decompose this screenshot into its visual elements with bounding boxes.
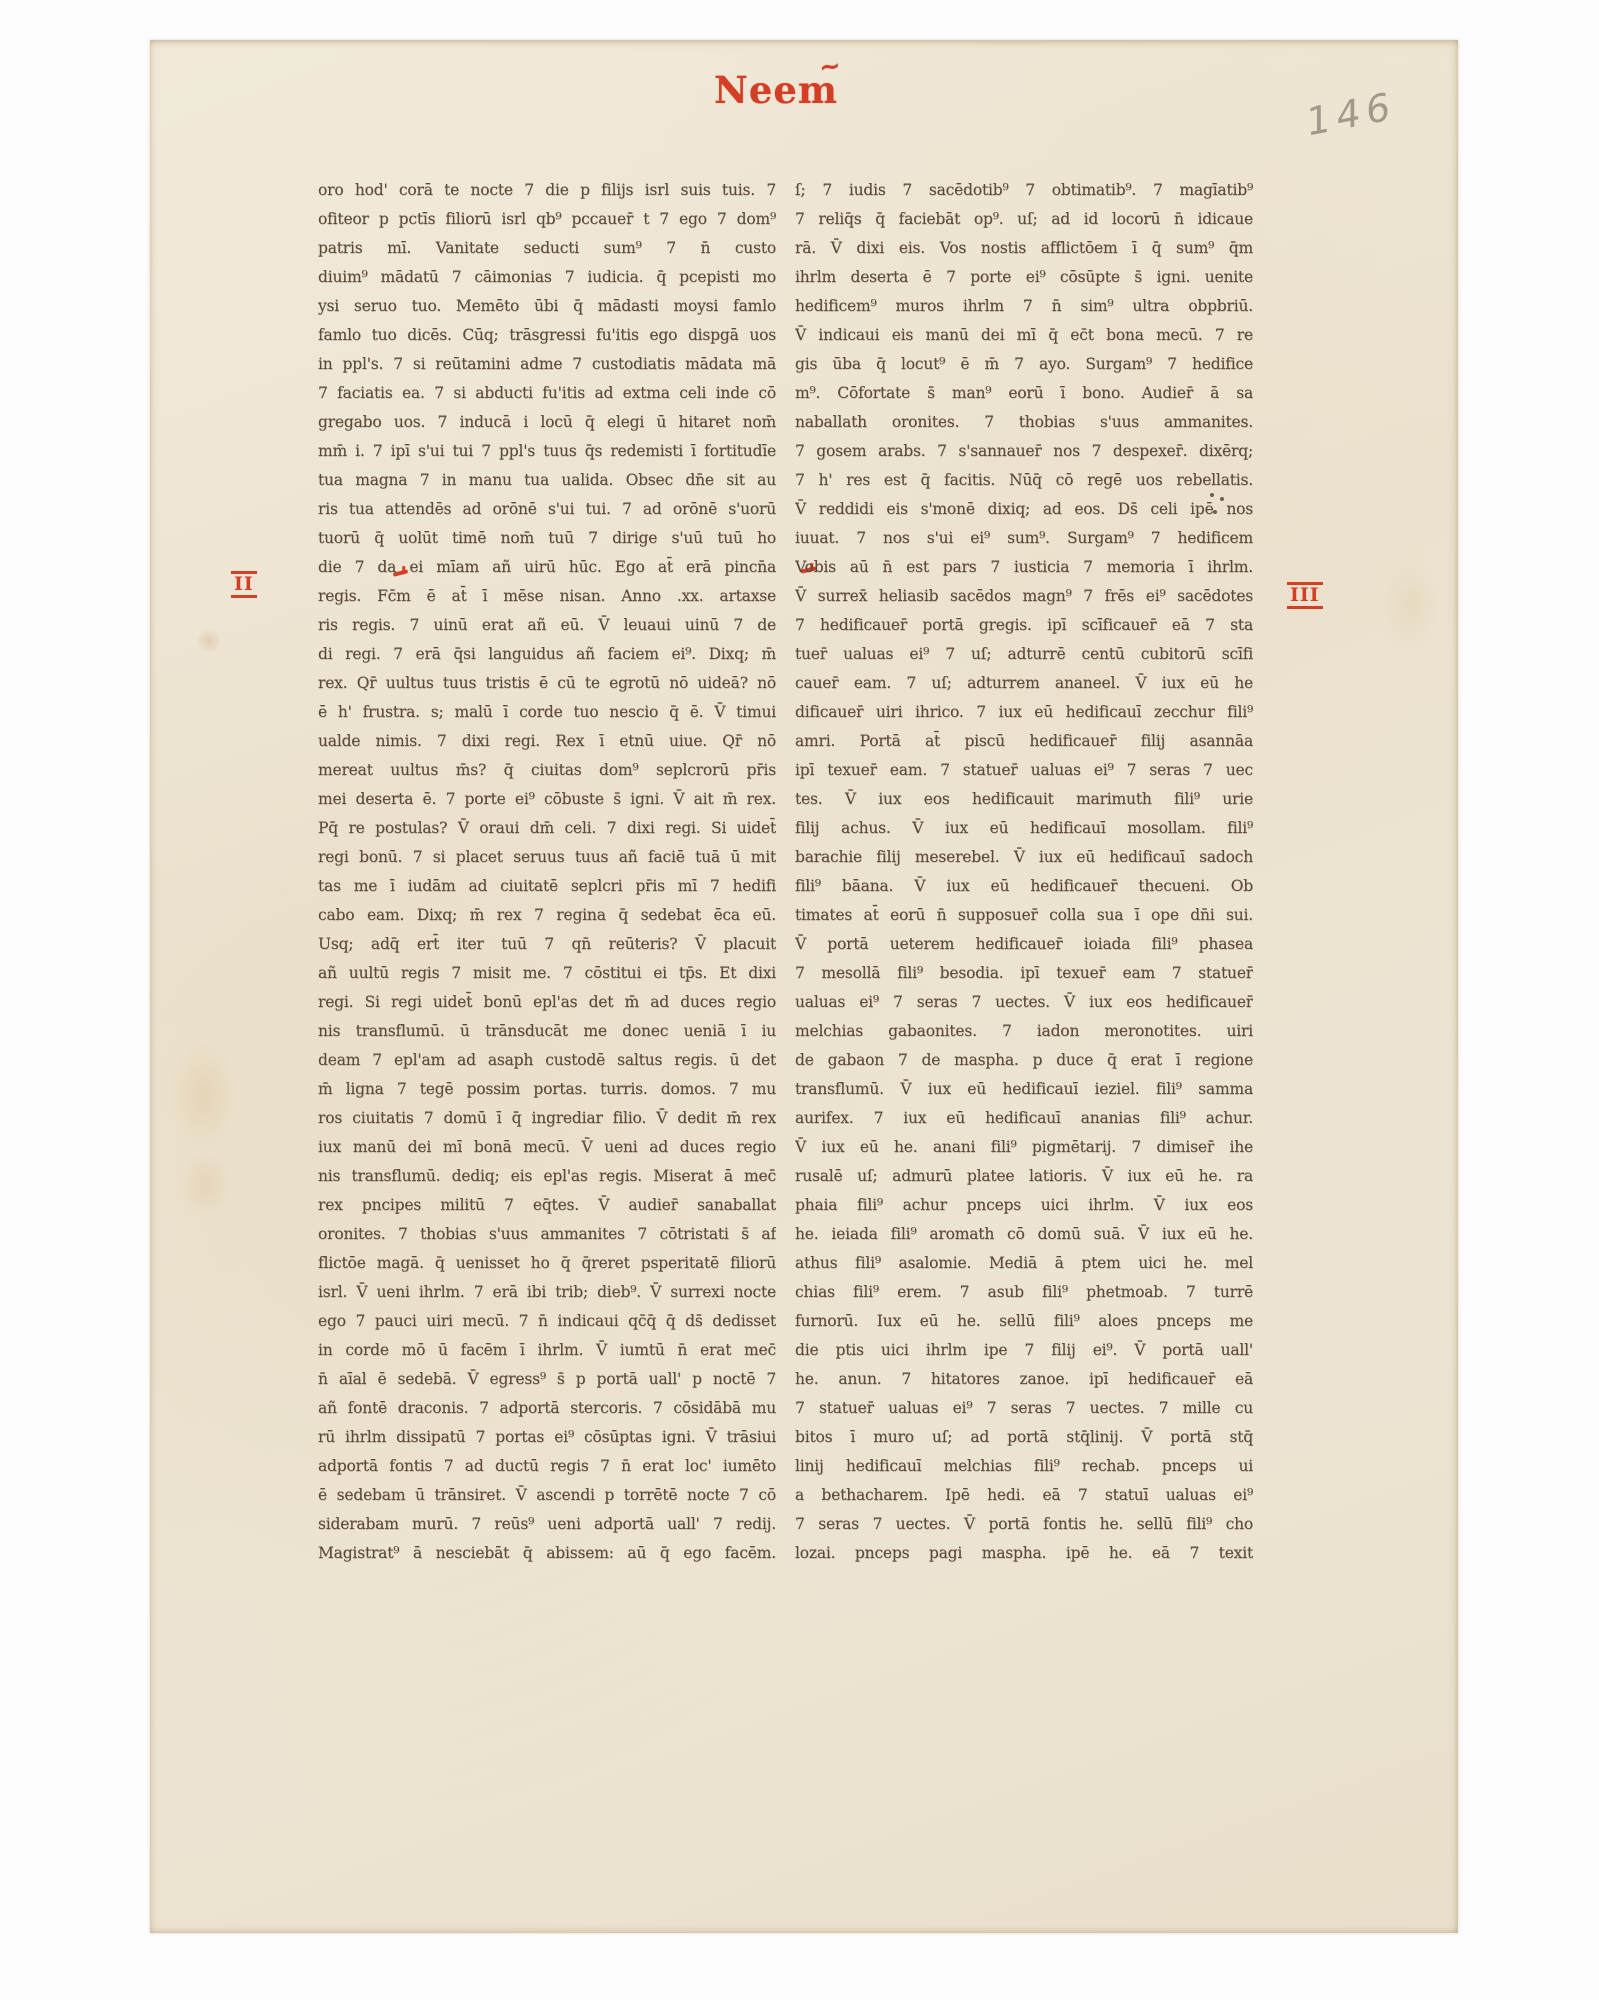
manuscript-line: tuorū q̄ uolūt timē nom̄ tuū 7 dirige s'… bbox=[318, 524, 776, 553]
manuscript-line: cauer̄ eam. 7 uſ; adturrem ananeel. V̄ i… bbox=[795, 669, 1253, 698]
manuscript-line: nis transflumū. dediq; eis epl'as regis.… bbox=[318, 1162, 776, 1191]
text-column-left: oro hod' corā te nocte 7 die p filijs is… bbox=[318, 176, 776, 1568]
manuscript-line: gregabo uos. 7 inducā i locū q̄ elegi ū … bbox=[318, 408, 776, 437]
manuscript-line: regis. Fc̄m ē at̄ ī mēse nisan. Anno .xx… bbox=[318, 582, 776, 611]
manuscript-line: ualuas ei⁹ 7 seras 7 uectes. V̄ iux eos … bbox=[795, 988, 1253, 1017]
manuscript-line: isrl. V̄ ueni ihrlm. 7 erā ibi trib; die… bbox=[318, 1278, 776, 1307]
manuscript-line: lozai. pnceps pagi maspha. ipē he. eā 7 … bbox=[795, 1539, 1253, 1568]
manuscript-line: he. ieiada fili⁹ aromath cō domū suā. V̄… bbox=[795, 1220, 1253, 1249]
manuscript-line: 7 faciatis ea. 7 si abducti fu'itis ad e… bbox=[318, 379, 776, 408]
manuscript-line: barachie filij meserebel. V̄ iux eū hedi… bbox=[795, 843, 1253, 872]
manuscript-line: 7 mesollā fili⁹ besodia. ipī texuer̄ eam… bbox=[795, 959, 1253, 988]
chapter-numeral-ii: II bbox=[231, 571, 257, 598]
manuscript-line: nis transflumū. ū trānsducāt me donec ue… bbox=[318, 1017, 776, 1046]
manuscript-line: melchias gabaonites. 7 iadon meronotites… bbox=[795, 1017, 1253, 1046]
manuscript-line: 7 seras 7 uectes. V̄ portā fontis he. se… bbox=[795, 1510, 1253, 1539]
manuscript-line: ſ; 7 iudis 7 sacēdotib⁹ 7 obtimatib⁹. 7 … bbox=[795, 176, 1253, 205]
manuscript-line: V̄ reddidi eis s'monē dixiq; ad eos. Ds̄… bbox=[795, 495, 1253, 524]
manuscript-line: oronites. 7 thobias s'uus ammanites 7 cō… bbox=[318, 1220, 776, 1249]
manuscript-line: tes. V̄ iux eos hedificauit marimuth fil… bbox=[795, 785, 1253, 814]
manuscript-line: ē sedebam ū trānsiret. V̄ ascendi p torr… bbox=[318, 1481, 776, 1510]
manuscript-line: ris regis. 7 uinū erat añ eū. V̄ leuaui … bbox=[318, 611, 776, 640]
manuscript-line: ego 7 pauci uiri mecū. 7 n̄ indicaui qc̄… bbox=[318, 1307, 776, 1336]
manuscript-line: fili⁹ bāana. V̄ iux eū hedificauer̄ thec… bbox=[795, 872, 1253, 901]
manuscript-line: tas me ī iudām ad ciuitatē seplcri pr̄is… bbox=[318, 872, 776, 901]
manuscript-line: hedificem⁹ muros ihrlm 7 n̄ sim⁹ ultra o… bbox=[795, 292, 1253, 321]
manuscript-line: rū ihrlm dissipatū 7 portas ei⁹ cōsūptas… bbox=[318, 1423, 776, 1452]
manuscript-line: famlo tuo dicēs. Cūq; trāsgressi fu'itis… bbox=[318, 321, 776, 350]
manuscript-line: rā. V̄ dixi eis. Vos nostis afflictōem ī… bbox=[795, 234, 1253, 263]
manuscript-line: 7 gosem arabs. 7 s'sannauer̄ nos 7 despe… bbox=[795, 437, 1253, 466]
manuscript-line: naballath oronites. 7 thobias s'uus amma… bbox=[795, 408, 1253, 437]
manuscript-line: mm̄ i. 7 ipī s'ui tui 7 ppl's tuus q̄s r… bbox=[318, 437, 776, 466]
manuscript-line: 7 h' res est q̄ facitis. Nūq̄ cō regē uo… bbox=[795, 466, 1253, 495]
manuscript-line: de gabaon 7 de maspha. p duce q̄ erat ī … bbox=[795, 1046, 1253, 1075]
manuscript-line: die 7 da ei mīam añ uirū hūc. Ego at̄ er… bbox=[318, 553, 776, 582]
manuscript-line: ualde nimis. 7 dixi regi. Rex ī etnū uiu… bbox=[318, 727, 776, 756]
manuscript-line: añ fontē draconis. 7 adportā stercoris. … bbox=[318, 1394, 776, 1423]
manuscript-line: mei deserta ē. 7 porte ei⁹ cōbuste s̄ ig… bbox=[318, 785, 776, 814]
manuscript-line: phaia fili⁹ achur pnceps uici ihrlm. V̄ … bbox=[795, 1191, 1253, 1220]
manuscript-line: rex. Qr̄ uultus tuus tristis ē cū te egr… bbox=[318, 669, 776, 698]
manuscript-line: filij achus. V̄ iux eū hedificauī mosoll… bbox=[795, 814, 1253, 843]
manuscript-line: 7 hedificauer̄ portā gregis. ipī scīfica… bbox=[795, 611, 1253, 640]
manuscript-line: V̄ portā ueterem hedificauer̄ ioiada fil… bbox=[795, 930, 1253, 959]
manuscript-line: m⁹. Cōfortate s̄ man⁹ eorū ī bono. Audie… bbox=[795, 379, 1253, 408]
manuscript-line: rex pncipes militū 7 eq̄tes. V̄ audier̄ … bbox=[318, 1191, 776, 1220]
manuscript-line: Vobis aū n̄ est pars 7 iusticia 7 memori… bbox=[795, 553, 1253, 582]
manuscript-line: Usq; adq̄ ert̄ iter tuū 7 qn̄ reūteris? … bbox=[318, 930, 776, 959]
manuscript-line: flictōe magā. q̄ uenisset ho q̄ q̄reret … bbox=[318, 1249, 776, 1278]
manuscript-line: n̄ aīal ē sedebā. V̄ egress⁹ s̄ p portā … bbox=[318, 1365, 776, 1394]
manuscript-line: ris tua attendēs ad orōnē s'ui tui. 7 ad… bbox=[318, 495, 776, 524]
manuscript-line: Pq̄ re postulas? V̄ oraui dm̄ celi. 7 di… bbox=[318, 814, 776, 843]
manuscript-line: regi bonū. 7 si placet seruus tuus añ fa… bbox=[318, 843, 776, 872]
manuscript-line: chias fili⁹ erem. 7 asub fili⁹ phetmoab.… bbox=[795, 1278, 1253, 1307]
manuscript-page: Neem ~ 146 II III oro hod' corā te nocte… bbox=[0, 0, 1599, 2000]
manuscript-line: V̄ indicaui eis manū dei mī q̄ ec̄t bona… bbox=[795, 321, 1253, 350]
manuscript-line: 7 reliq̄s q̄ faciebāt op⁹. uſ; ad id loc… bbox=[795, 205, 1253, 234]
manuscript-line: amri. Portā at̄ piscū hedificauer̄ filij… bbox=[795, 727, 1253, 756]
manuscript-line: linij hedificauī melchias fili⁹ rechab. … bbox=[795, 1452, 1253, 1481]
manuscript-line: iuuat. 7 nos s'ui ei⁹ sum⁹. Surgam⁹ 7 he… bbox=[795, 524, 1253, 553]
manuscript-line: iux manū dei mī bonā mecū. V̄ ueni ad du… bbox=[318, 1133, 776, 1162]
manuscript-line: Magistrat⁹ ā nesciebāt q̄ abissem: aū q̄… bbox=[318, 1539, 776, 1568]
manuscript-line: ihrlm deserta ē 7 porte ei⁹ cōsūpte s̄ i… bbox=[795, 263, 1253, 292]
manuscript-line: in ppl's. 7 si reūtamini adme 7 custodia… bbox=[318, 350, 776, 379]
manuscript-line: cabo eam. Dixq; m̄ rex 7 regina q̄ sedeb… bbox=[318, 901, 776, 930]
text-column-right: ſ; 7 iudis 7 sacēdotib⁹ 7 obtimatib⁹. 7 … bbox=[795, 176, 1253, 1568]
manuscript-line: furnorū. Iux eū he. sellū fili⁹ aloes pn… bbox=[795, 1307, 1253, 1336]
manuscript-line: regi. Si regi uidet̄ bonū epl'as det m̄ … bbox=[318, 988, 776, 1017]
manuscript-line: tuer̄ ualuas ei⁹ 7 uſ; adturrē centū cub… bbox=[795, 640, 1253, 669]
title-abbreviation-mark: ~ bbox=[818, 53, 844, 82]
running-title: Neem ~ bbox=[714, 72, 838, 109]
manuscript-line: m̄ ligna 7 tegē possim portas. turris. d… bbox=[318, 1075, 776, 1104]
manuscript-line: timates at̄ eorū n̄ supposuer̄ colla sua… bbox=[795, 901, 1253, 930]
manuscript-line: in corde mō ū facēm ī ihrlm. V̄ iumtū n̄… bbox=[318, 1336, 776, 1365]
manuscript-line: tua magna 7 in manu tua ualida. Obsec dn… bbox=[318, 466, 776, 495]
manuscript-line: gis ūba q̄ locut⁹ ē m̄ 7 ayo. Surgam⁹ 7 … bbox=[795, 350, 1253, 379]
manuscript-line: dificauer̄ uiri ihrico. 7 iux eū hedific… bbox=[795, 698, 1253, 727]
manuscript-line: ros ciuitatis 7 domū ī q̄ ingrediar fili… bbox=[318, 1104, 776, 1133]
manuscript-line: he. anun. 7 hitatores zanoe. ipī hedific… bbox=[795, 1365, 1253, 1394]
manuscript-line: die ptis uici ihrlm ipe 7 filij ei⁹. V̄ … bbox=[795, 1336, 1253, 1365]
manuscript-line: di regi. 7 erā q̄si languidus añ faciem … bbox=[318, 640, 776, 669]
manuscript-line: oro hod' corā te nocte 7 die p filijs is… bbox=[318, 176, 776, 205]
manuscript-line: transflumū. V̄ iux eū hedificauī ieziel.… bbox=[795, 1075, 1253, 1104]
manuscript-line: aurifex. 7 iux eū hedificauī ananias fil… bbox=[795, 1104, 1253, 1133]
manuscript-line: bitos ī muro uſ; ad portā stq̄linij. V̄ … bbox=[795, 1423, 1253, 1452]
manuscript-line: diuim⁹ mādatū 7 cāimonias 7 iudicia. q̄ … bbox=[318, 263, 776, 292]
manuscript-line: a bethacharem. Ipē hedi. eā 7 statuī ual… bbox=[795, 1481, 1253, 1510]
manuscript-line: ē h' frustra. s; malū ī corde tuo nescio… bbox=[318, 698, 776, 727]
manuscript-line: mereat uultus m̄s? q̄ ciuitas dom⁹ seplc… bbox=[318, 756, 776, 785]
manuscript-line: siderabam murū. 7 reūs⁹ ueni adportā ual… bbox=[318, 1510, 776, 1539]
manuscript-line: añ uultū regis 7 misit me. 7 cōstitui ei… bbox=[318, 959, 776, 988]
manuscript-line: patris mī. Vanitate seducti sum⁹ 7 n̄ cu… bbox=[318, 234, 776, 263]
manuscript-line: 7 statuer̄ ualuas ei⁹ 7 seras 7 uectes. … bbox=[795, 1394, 1253, 1423]
manuscript-line: adportā fontis 7 ad ductū regis 7 n̄ era… bbox=[318, 1452, 776, 1481]
manuscript-line: ipī texuer̄ eam. 7 statuer̄ ualuas ei⁹ 7… bbox=[795, 756, 1253, 785]
manuscript-line: deam 7 epl'am ad asaph custodē saltus re… bbox=[318, 1046, 776, 1075]
manuscript-line: V̄ iux eū he. anani fili⁹ pigmētarij. 7 … bbox=[795, 1133, 1253, 1162]
manuscript-line: rusalē uſ; admurū platee latioris. V̄ iu… bbox=[795, 1162, 1253, 1191]
chapter-numeral-iii: III bbox=[1287, 582, 1323, 609]
manuscript-line: athus fili⁹ asalomie. Mediā ā ptem uici … bbox=[795, 1249, 1253, 1278]
manuscript-line: ysi seruo tuo. Memēto ūbi q̄ mādasti moy… bbox=[318, 292, 776, 321]
manuscript-line: V̄ surrex̄ heliasib sacēdos magn⁹ 7 frēs… bbox=[795, 582, 1253, 611]
manuscript-line: ofiteor p pctīs filiorū isrl qb⁹ pccauer… bbox=[318, 205, 776, 234]
